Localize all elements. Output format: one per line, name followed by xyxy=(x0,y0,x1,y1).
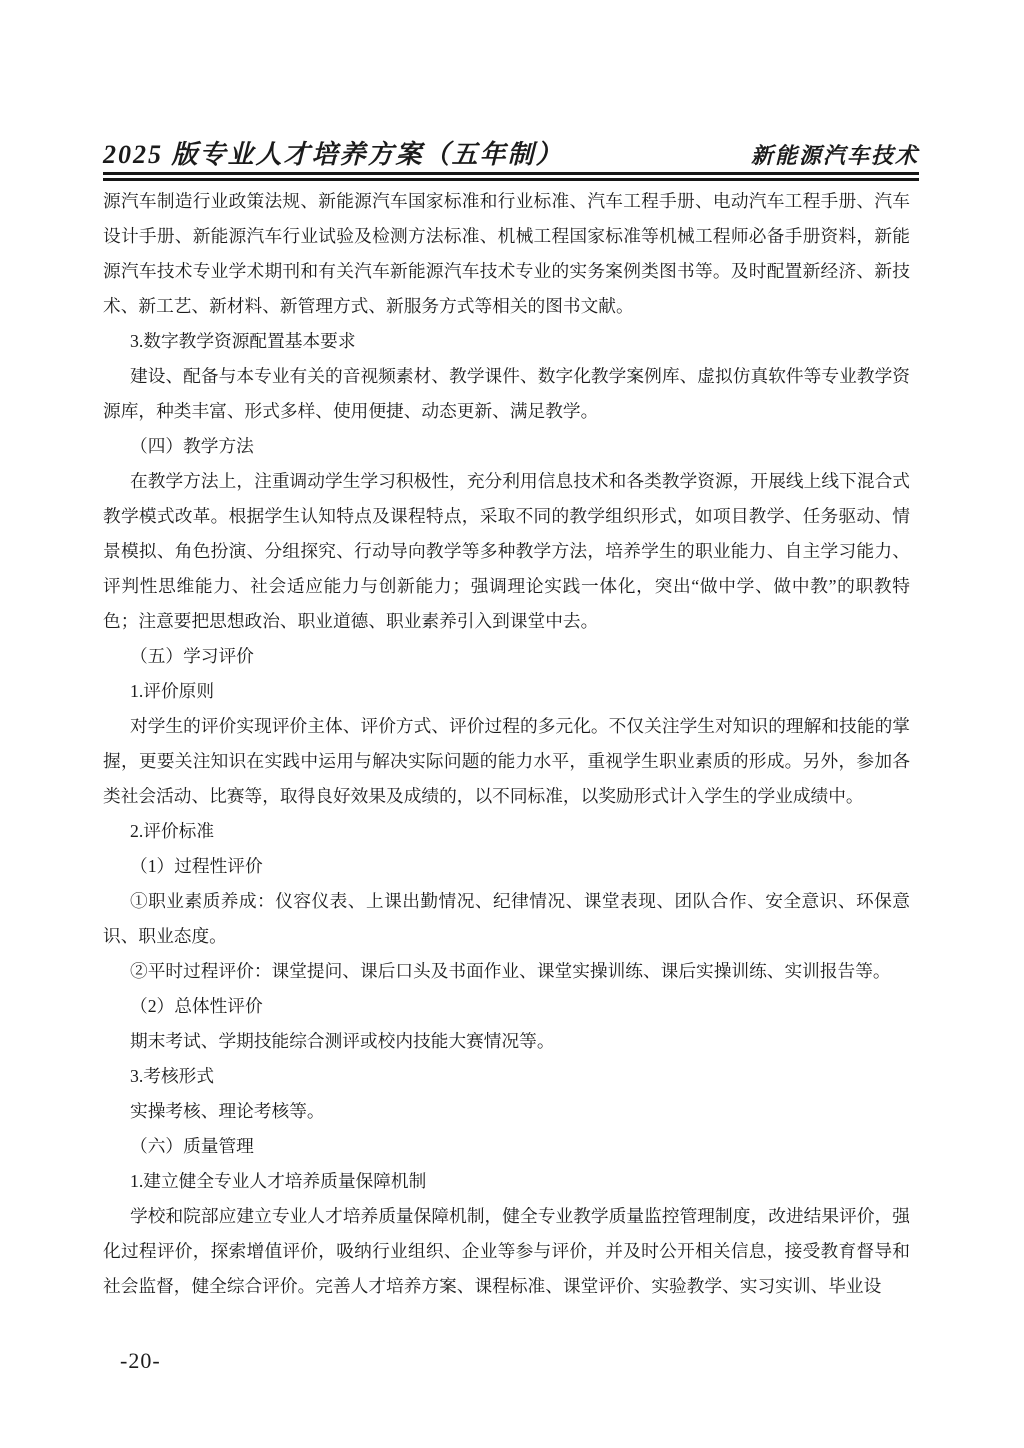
paragraph: 在教学方法上，注重调动学生学习积极性，充分利用信息技术和各类教学资源，开展线上线… xyxy=(103,464,910,639)
paragraph: （六）质量管理 xyxy=(103,1129,910,1164)
paragraph: （四）教学方法 xyxy=(103,429,910,464)
header-left-title: 2025 版专业人才培养方案（五年制） xyxy=(103,134,564,171)
paragraph: ②平时过程评价：课堂提问、课后口头及书面作业、课堂实操训练、课后实操训练、实训报… xyxy=(103,954,910,989)
paragraph: 建设、配备与本专业有关的音视频素材、教学课件、数字化教学案例库、虚拟仿真软件等专… xyxy=(103,359,910,429)
header-divider xyxy=(103,172,919,181)
paragraph: 1.评价原则 xyxy=(103,674,910,709)
page-footer: -20- xyxy=(120,1348,161,1374)
paragraph: 3.数字教学资源配置基本要求 xyxy=(103,324,910,359)
paragraph: 2.评价标准 xyxy=(103,814,910,849)
document-body: 源汽车制造行业政策法规、新能源汽车国家标准和行业标准、汽车工程手册、电动汽车工程… xyxy=(103,184,910,1304)
paragraph: 学校和院部应建立专业人才培养质量保障机制，健全专业教学质量监控管理制度，改进结果… xyxy=(103,1199,910,1304)
header-right-title: 新能源汽车技术 xyxy=(751,139,919,170)
paragraph: 对学生的评价实现评价主体、评价方式、评价过程的多元化。不仅关注学生对知识的理解和… xyxy=(103,709,910,814)
paragraph: （1）过程性评价 xyxy=(103,849,910,884)
paragraph: 3.考核形式 xyxy=(103,1059,910,1094)
paragraph: （2）总体性评价 xyxy=(103,989,910,1024)
page-number: -20- xyxy=(120,1348,161,1373)
paragraph: 源汽车制造行业政策法规、新能源汽车国家标准和行业标准、汽车工程手册、电动汽车工程… xyxy=(103,184,910,324)
page-header: 2025 版专业人才培养方案（五年制） 新能源汽车技术 xyxy=(103,134,919,171)
paragraph: 1.建立健全专业人才培养质量保障机制 xyxy=(103,1164,910,1199)
paragraph: 实操考核、理论考核等。 xyxy=(103,1094,910,1129)
paragraph: 期末考试、学期技能综合测评或校内技能大赛情况等。 xyxy=(103,1024,910,1059)
paragraph: （五）学习评价 xyxy=(103,639,910,674)
paragraph: ①职业素质养成：仪容仪表、上课出勤情况、纪律情况、课堂表现、团队合作、安全意识、… xyxy=(103,884,910,954)
document-page: 2025 版专业人才培养方案（五年制） 新能源汽车技术 源汽车制造行业政策法规、… xyxy=(0,0,1024,1448)
